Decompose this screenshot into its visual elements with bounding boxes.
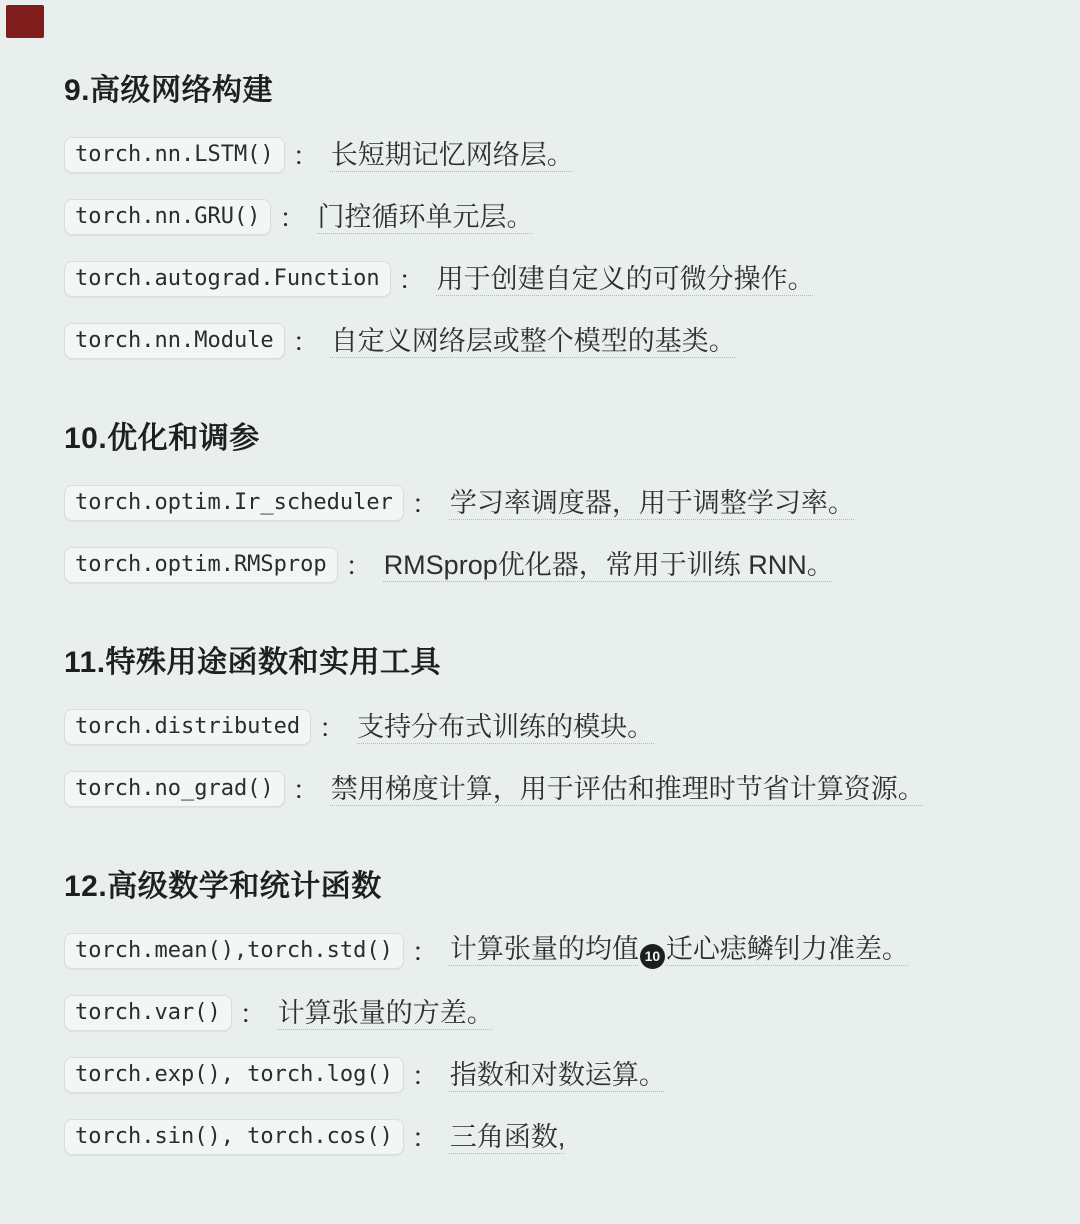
description-post: 迁心痣鳞钊力准差。 — [666, 934, 909, 964]
code-chip: torch.autograd.Function — [64, 261, 391, 297]
description-text: 用于创建自定义的可微分操作。 — [437, 262, 815, 296]
colon-separator: ： — [399, 260, 425, 297]
api-row: torch.sin(), torch.cos()：三角函数, — [64, 1118, 1040, 1155]
section-heading: 12.高级数学和统计函数 — [64, 870, 1040, 904]
api-row: torch.exp(), torch.log()：指数和对数运算。 — [64, 1056, 1040, 1093]
api-row: torch.optim.Ir_scheduler：学习率调度器，用于调整学习率。 — [64, 484, 1040, 521]
description-text: 支持分布式训练的模块。 — [357, 710, 654, 744]
description-text: 计算张量的均值10迁心痣鳞钊力准差。 — [450, 932, 909, 969]
api-row: torch.mean(),torch.std()：计算张量的均值10迁心痣鳞钊力… — [64, 932, 1040, 969]
code-chip: torch.nn.GRU() — [64, 199, 271, 235]
description-text: RMSprop优化器，常用于训练 RNN。 — [384, 548, 834, 582]
description-text: 计算张量的方差。 — [278, 996, 494, 1030]
api-row: torch.optim.RMSprop：RMSprop优化器，常用于训练 RNN… — [64, 546, 1040, 583]
code-chip: torch.exp(), torch.log() — [64, 1057, 404, 1093]
colon-separator: ： — [412, 1056, 438, 1093]
code-chip: torch.optim.RMSprop — [64, 547, 338, 583]
api-row: torch.no_grad()：禁用梯度计算，用于评估和推理时节省计算资源。 — [64, 770, 1040, 807]
description-text: 三角函数, — [450, 1120, 566, 1154]
code-chip: torch.nn.Module — [64, 323, 285, 359]
description-pre: 计算张量的均值 — [450, 934, 639, 964]
code-chip: torch.distributed — [64, 709, 311, 745]
api-section: 10.优化和调参torch.optim.Ir_scheduler：学习率调度器，… — [64, 422, 1040, 583]
code-chip: torch.mean(),torch.std() — [64, 933, 404, 969]
colon-separator: ： — [293, 136, 319, 173]
api-section: 9.高级网络构建torch.nn.LSTM()：长短期记忆网络层。torch.n… — [64, 74, 1040, 359]
description-text: 学习率调度器，用于调整学习率。 — [450, 486, 855, 520]
corner-mark — [6, 5, 44, 38]
content: 9.高级网络构建torch.nn.LSTM()：长短期记忆网络层。torch.n… — [0, 0, 1080, 1155]
code-chip: torch.sin(), torch.cos() — [64, 1119, 404, 1155]
section-heading: 10.优化和调参 — [64, 422, 1040, 456]
description-text: 长短期记忆网络层。 — [331, 138, 574, 172]
colon-separator: ： — [412, 484, 438, 521]
description-text: 指数和对数运算。 — [450, 1058, 666, 1092]
code-chip: torch.no_grad() — [64, 771, 285, 807]
api-row: torch.nn.Module：自定义网络层或整个模型的基类。 — [64, 322, 1040, 359]
api-row: torch.autograd.Function：用于创建自定义的可微分操作。 — [64, 260, 1040, 297]
colon-separator: ： — [240, 994, 266, 1031]
section-heading: 11.特殊用途函数和实用工具 — [64, 646, 1040, 680]
description-text: 禁用梯度计算，用于评估和推理时节省计算资源。 — [331, 772, 925, 806]
api-section: 11.特殊用途函数和实用工具torch.distributed：支持分布式训练的… — [64, 646, 1040, 807]
section-heading: 9.高级网络构建 — [64, 74, 1040, 108]
api-row: torch.distributed：支持分布式训练的模块。 — [64, 708, 1040, 745]
code-chip: torch.nn.LSTM() — [64, 137, 285, 173]
description-text: 门控循环单元层。 — [317, 200, 533, 234]
colon-separator: ： — [293, 322, 319, 359]
colon-separator: ： — [293, 770, 319, 807]
description-text: 自定义网络层或整个模型的基类。 — [331, 324, 736, 358]
api-row: torch.nn.LSTM()：长短期记忆网络层。 — [64, 136, 1040, 173]
api-row: torch.var()：计算张量的方差。 — [64, 994, 1040, 1031]
api-section: 12.高级数学和统计函数torch.mean(),torch.std()：计算张… — [64, 870, 1040, 1155]
colon-separator: ： — [346, 546, 372, 583]
circled-number-badge: 10 — [640, 944, 665, 969]
api-row: torch.nn.GRU()：门控循环单元层。 — [64, 198, 1040, 235]
colon-separator: ： — [412, 932, 438, 969]
colon-separator: ： — [279, 198, 305, 235]
colon-separator: ： — [412, 1118, 438, 1155]
code-chip: torch.optim.Ir_scheduler — [64, 485, 404, 521]
code-chip: torch.var() — [64, 995, 232, 1031]
colon-separator: ： — [319, 708, 345, 745]
